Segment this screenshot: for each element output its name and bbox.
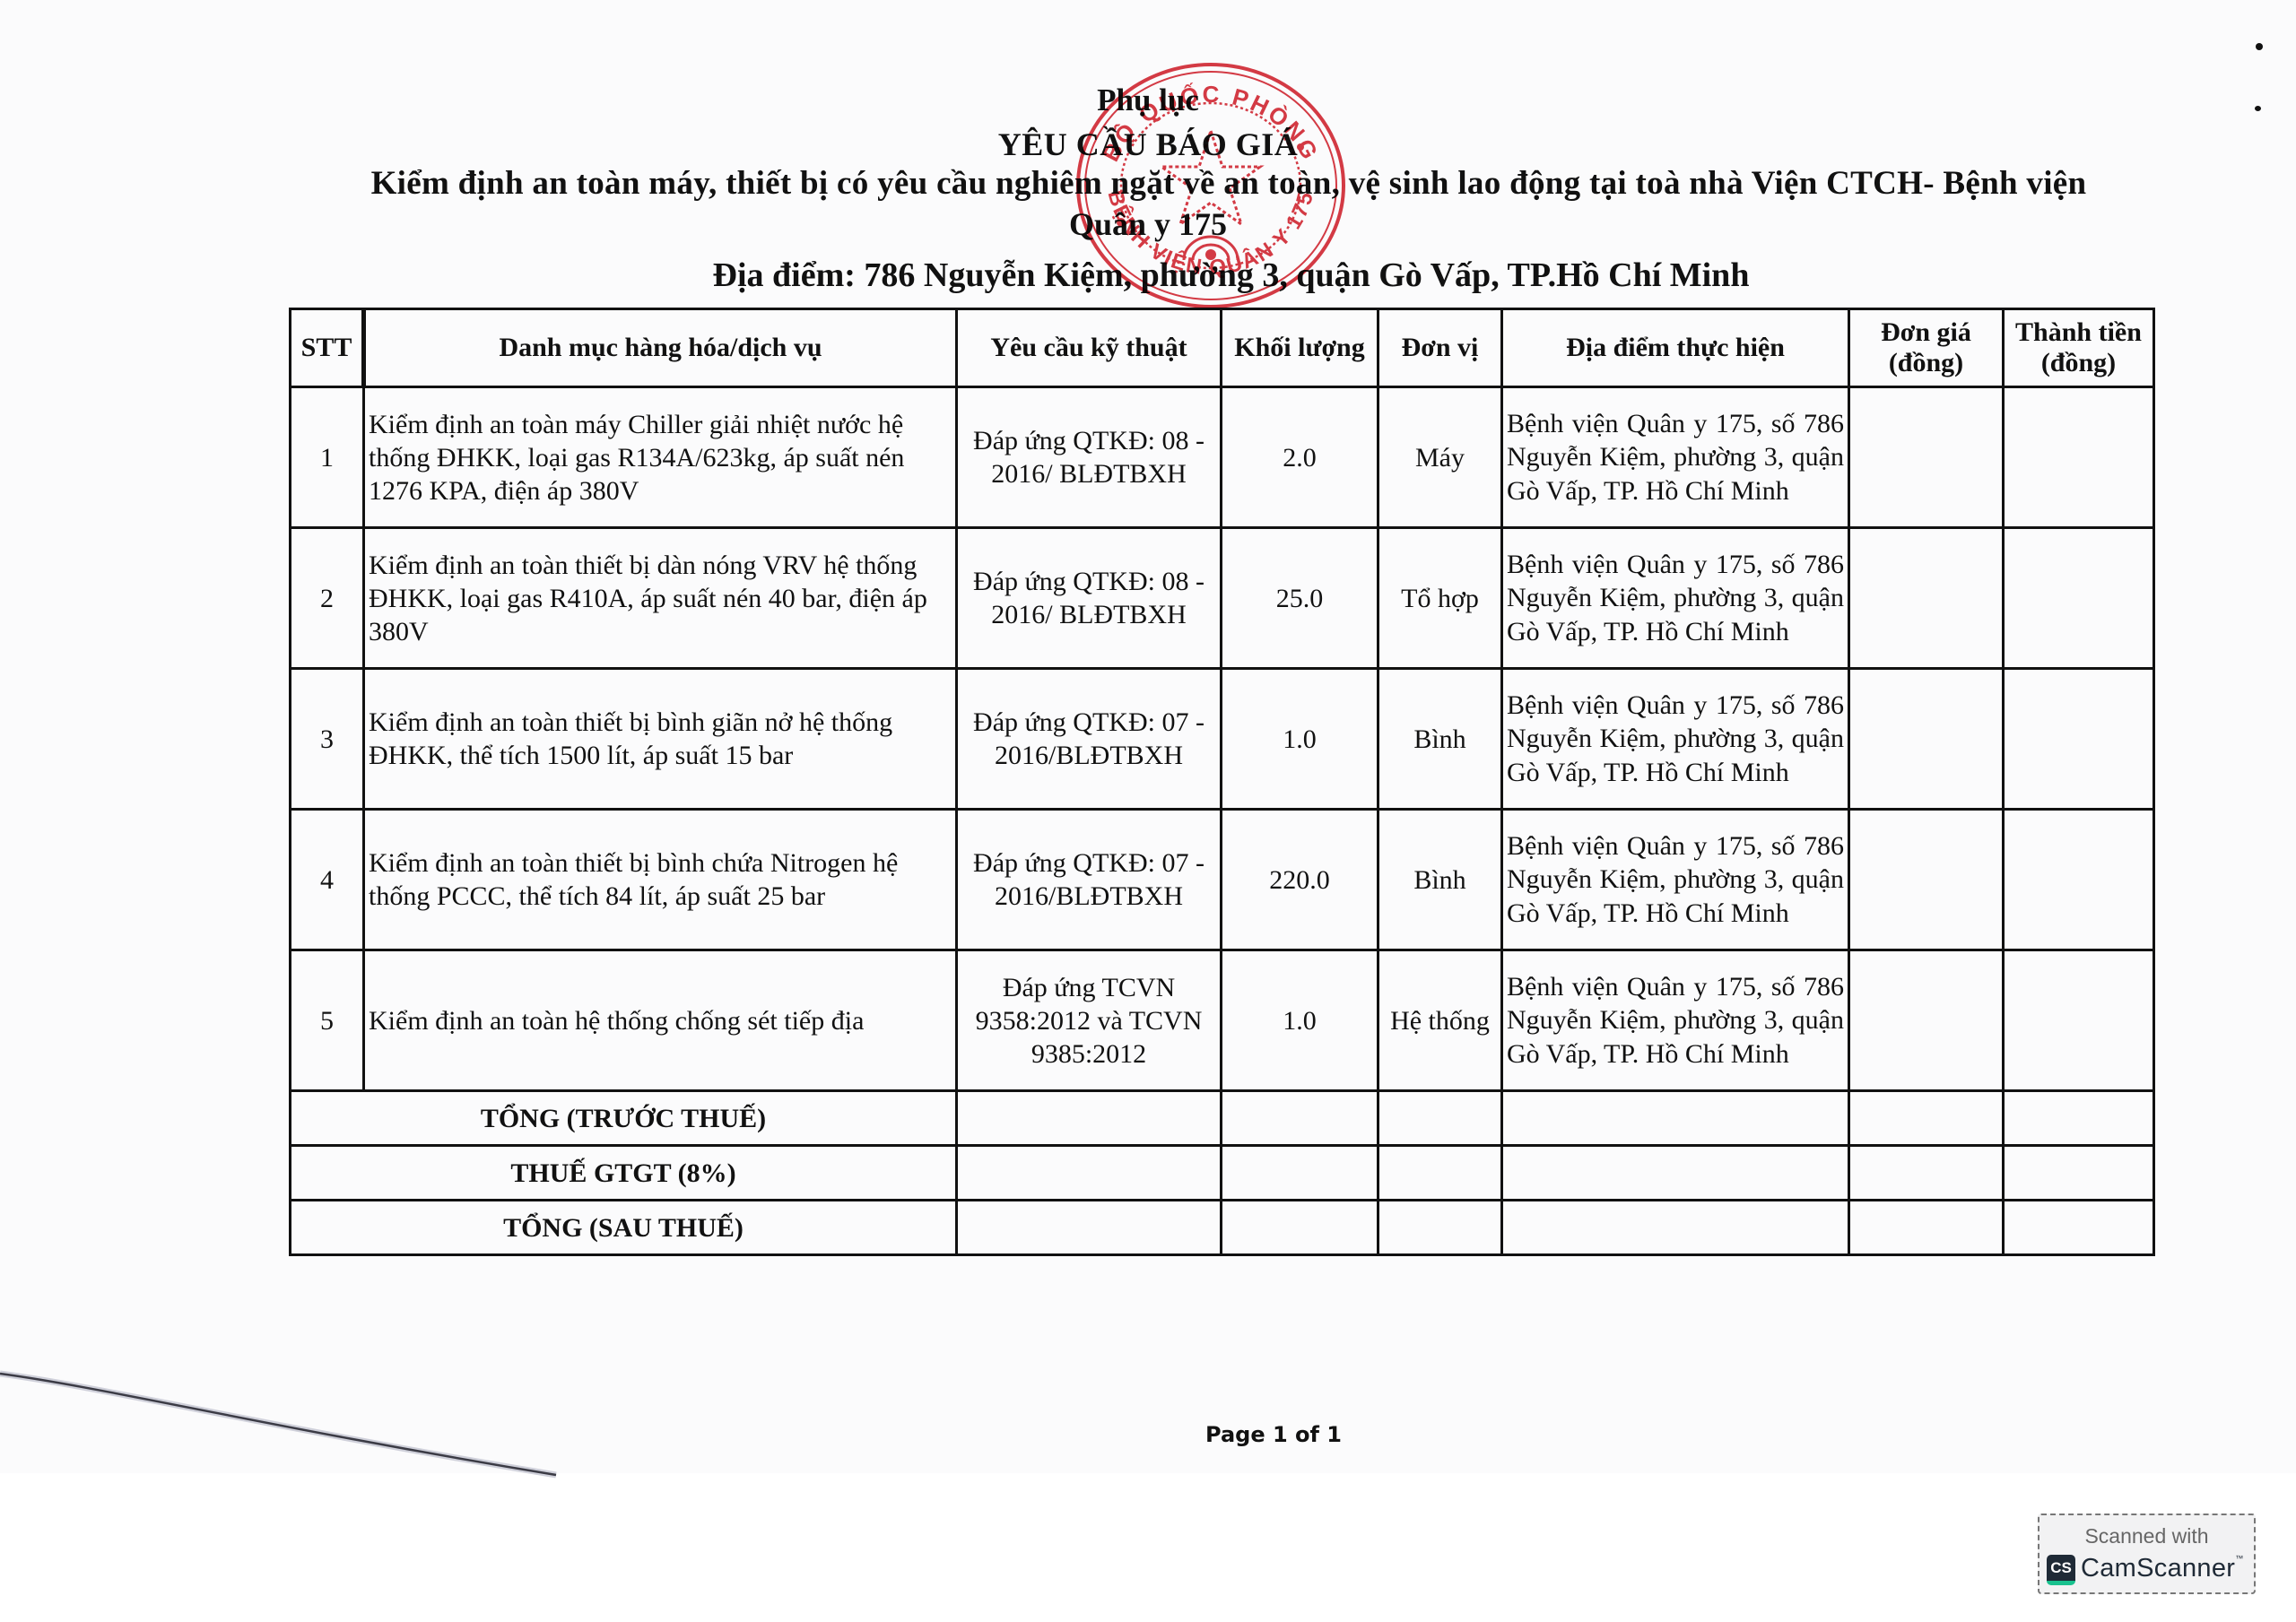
cell-place: Bệnh viện Quân y 175, số 786 Nguyễn Kiệm… <box>1502 669 1849 810</box>
summary-empty-cell <box>1378 1091 1502 1146</box>
table-row: 3 Kiểm định an toàn thiết bị bình giãn n… <box>291 669 2154 810</box>
cell-unit: Tổ hợp <box>1378 528 1502 669</box>
cell-spec: Đáp ứng QTKĐ: 08 - 2016/ BLĐTBXH <box>957 387 1222 528</box>
cell-item: Kiểm định an toàn thiết bị bình chứa Nit… <box>364 810 957 950</box>
cell-amount <box>2004 950 2154 1091</box>
cell-unit-price <box>1849 528 2004 669</box>
cell-unit: Bình <box>1378 669 1502 810</box>
cell-amount <box>2004 810 2154 950</box>
table-row: 1 Kiểm định an toàn máy Chiller giải nhi… <box>291 387 2154 528</box>
cell-place: Bệnh viện Quân y 175, số 786 Nguyễn Kiệm… <box>1502 387 1849 528</box>
summary-value <box>957 1201 1222 1255</box>
cell-unit-price <box>1849 950 2004 1091</box>
summary-empty-cell <box>2004 1091 2154 1146</box>
summary-row-vat: THUẾ GTGT (8%) <box>291 1146 2154 1201</box>
summary-empty-cell <box>2004 1201 2154 1255</box>
header-stt: STT <box>291 309 364 387</box>
cell-unit-price <box>1849 810 2004 950</box>
summary-empty-cell <box>1849 1201 2004 1255</box>
cell-stt: 2 <box>291 528 364 669</box>
summary-empty-cell <box>1502 1201 1849 1255</box>
cell-qty: 1.0 <box>1222 669 1378 810</box>
table-row: 2 Kiểm định an toàn thiết bị dàn nóng VR… <box>291 528 2154 669</box>
cell-unit-price <box>1849 387 2004 528</box>
quotation-table: STT Danh mục hàng hóa/dịch vụ Yêu cầu kỹ… <box>289 308 2155 1256</box>
cell-spec: Đáp ứng QTKĐ: 07 - 2016/BLĐTBXH <box>957 669 1222 810</box>
cell-item: Kiểm định an toàn máy Chiller giải nhiệt… <box>364 387 957 528</box>
cell-amount <box>2004 528 2154 669</box>
header-unit: Đơn vị <box>1378 309 1502 387</box>
cell-amount <box>2004 387 2154 528</box>
cell-stt: 3 <box>291 669 364 810</box>
cell-spec: Đáp ứng TCVN 9358:2012 và TCVN 9385:2012 <box>957 950 1222 1091</box>
summary-empty-cell <box>1849 1146 2004 1201</box>
document-subtitle-cont: Quân y 175 <box>0 205 2296 243</box>
cell-place: Bệnh viện Quân y 175, số 786 Nguyễn Kiệm… <box>1502 810 1849 950</box>
cell-spec: Đáp ứng QTKĐ: 08 - 2016/ BLĐTBXH <box>957 528 1222 669</box>
summary-row-subtotal: TỔNG (TRƯỚC THUẾ) <box>291 1091 2154 1146</box>
header-qty: Khối lượng <box>1222 309 1378 387</box>
cell-unit: Máy <box>1378 387 1502 528</box>
summary-row-total: TỔNG (SAU THUẾ) <box>291 1201 2154 1255</box>
cell-unit: Hệ thống <box>1378 950 1502 1091</box>
cell-item: Kiểm định an toàn thiết bị dàn nóng VRV … <box>364 528 957 669</box>
header-spec: Yêu cầu kỹ thuật <box>957 309 1222 387</box>
cell-qty: 25.0 <box>1222 528 1378 669</box>
summary-value <box>957 1146 1222 1201</box>
summary-empty-cell <box>1378 1201 1502 1255</box>
cell-item: Kiểm định an toàn hệ thống chống sét tiế… <box>364 950 957 1091</box>
header-amount: Thành tiền (đồng) <box>2004 309 2154 387</box>
summary-empty-cell <box>1222 1091 1378 1146</box>
summary-label: TỔNG (SAU THUẾ) <box>291 1201 957 1255</box>
scan-speck <box>2256 43 2263 50</box>
summary-label: THUẾ GTGT (8%) <box>291 1146 957 1201</box>
watermark-caption: Scanned with <box>2039 1524 2254 1548</box>
cell-stt: 4 <box>291 810 364 950</box>
summary-empty-cell <box>1222 1146 1378 1201</box>
cell-unit-price <box>1849 669 2004 810</box>
header-unit-price: Đơn giá (đồng) <box>1849 309 2004 387</box>
table-row: 4 Kiểm định an toàn thiết bị bình chứa N… <box>291 810 2154 950</box>
table-row: 5 Kiểm định an toàn hệ thống chống sét t… <box>291 950 2154 1091</box>
brand-name: CamScanner <box>2081 1554 2235 1583</box>
summary-empty-cell <box>2004 1146 2154 1201</box>
cell-spec: Đáp ứng QTKĐ: 07 - 2016/BLĐTBXH <box>957 810 1222 950</box>
cell-qty: 220.0 <box>1222 810 1378 950</box>
header-item: Danh mục hàng hóa/dịch vụ <box>364 309 957 387</box>
summary-empty-cell <box>1378 1146 1502 1201</box>
cell-stt: 1 <box>291 387 364 528</box>
camscanner-watermark: Scanned with CS CamScanner™ <box>2038 1514 2256 1594</box>
cell-amount <box>2004 669 2154 810</box>
page-indicator: Page 1 of 1 <box>1202 1422 1345 1447</box>
cell-qty: 1.0 <box>1222 950 1378 1091</box>
summary-empty-cell <box>1502 1091 1849 1146</box>
cell-item: Kiểm định an toàn thiết bị bình giãn nở … <box>364 669 957 810</box>
summary-empty-cell <box>1849 1091 2004 1146</box>
cell-place: Bệnh viện Quân y 175, số 786 Nguyễn Kiệm… <box>1502 528 1849 669</box>
table-header-row: STT Danh mục hàng hóa/dịch vụ Yêu cầu kỹ… <box>291 309 2154 387</box>
camscanner-logo-icon: CS <box>2047 1555 2075 1585</box>
watermark-brand: CamScanner™ <box>2081 1554 2244 1583</box>
cell-unit: Bình <box>1378 810 1502 950</box>
summary-label: TỔNG (TRƯỚC THUẾ) <box>291 1091 957 1146</box>
trademark-symbol: ™ <box>2235 1554 2243 1563</box>
summary-value <box>957 1091 1222 1146</box>
cell-stt: 5 <box>291 950 364 1091</box>
summary-empty-cell <box>1502 1146 1849 1201</box>
document-title: YÊU CẦU BÁO GIÁ <box>0 126 2296 163</box>
document-subtitle: Kiểm định an toàn máy, thiết bị có yêu c… <box>341 164 2117 203</box>
header-place: Địa điểm thực hiện <box>1502 309 1849 387</box>
cell-place: Bệnh viện Quân y 175, số 786 Nguyễn Kiệm… <box>1502 950 1849 1091</box>
document-location: Địa điểm: 786 Nguyễn Kiệm, phường 3, quậ… <box>700 256 1762 295</box>
annex-label: Phụ lục <box>0 82 2296 118</box>
summary-empty-cell <box>1222 1201 1378 1255</box>
cell-qty: 2.0 <box>1222 387 1378 528</box>
